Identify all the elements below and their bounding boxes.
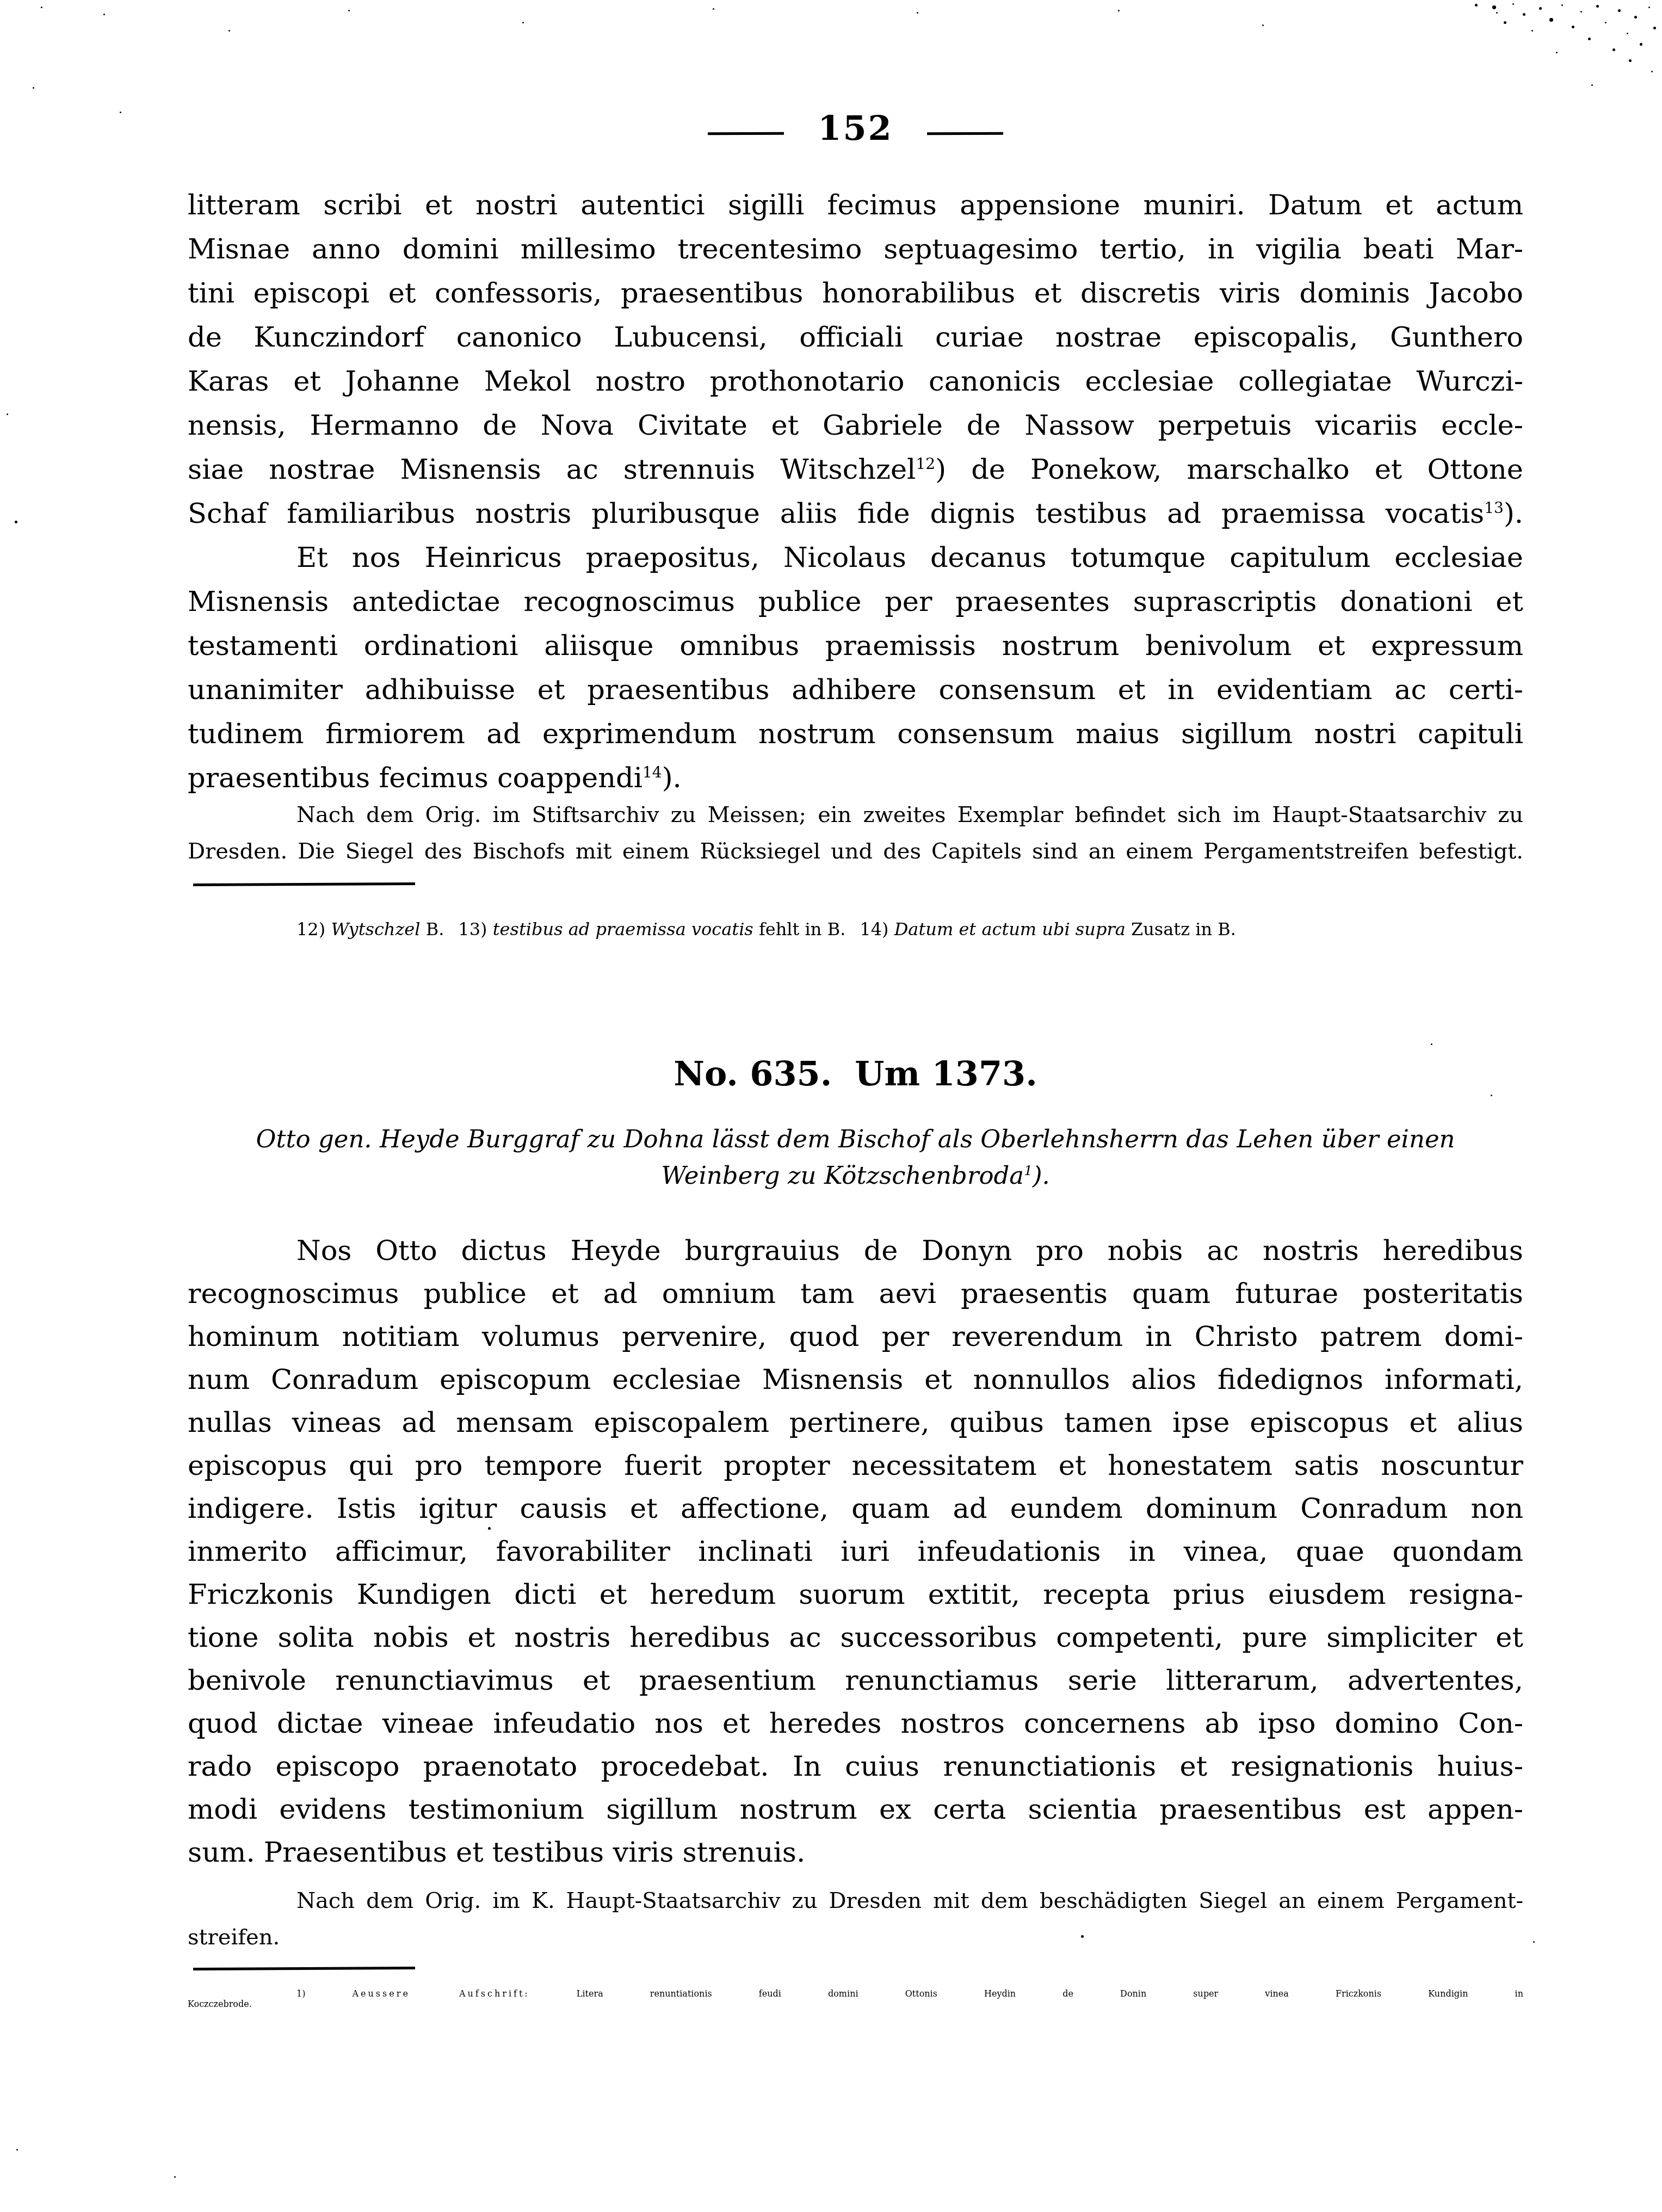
text-line: tini episcopi et confessoris, praesentib… (188, 271, 1523, 316)
text-line: unanimiter adhibuisse et praesentibus ad… (188, 668, 1523, 712)
footnote-separator-rule (193, 882, 415, 886)
doc1-paragraph-2: Et nos Heinricus praepositus, Nicolaus d… (188, 536, 1523, 800)
text-line: indigere. Istis igitur causis et affecti… (188, 1487, 1523, 1530)
text-line: modi evidens testimonium sigillum nostru… (188, 1788, 1523, 1831)
text-line: nensis, Hermanno de Nova Civitate et Gab… (188, 404, 1523, 448)
footnote-1-text: Litera renuntiationis feudi domini Otton… (530, 1988, 1523, 1999)
text-line: benivole renunctiavimus et praesentium r… (188, 1659, 1523, 1702)
source-note-line: Nach dem Orig. im K. Haupt-Staatsarchiv … (188, 1883, 1523, 1919)
summary-line: Otto gen. Heyde Burggraf zu Dohna lässt … (188, 1121, 1523, 1157)
doc2-date: Um 1373. (855, 1054, 1037, 1093)
footnote-12-marker: 12) (296, 919, 331, 940)
text-line: Friczkonis Kundigen dicti et heredum suo… (188, 1573, 1523, 1616)
page-header: 152 (188, 106, 1523, 150)
text-line: episcopus qui pro tempore fuerit propter… (188, 1444, 1523, 1487)
footnote-separator-rule (193, 1967, 415, 1970)
text-segment: praesentibus fecimus coappendi (188, 762, 642, 794)
text-line: tione solita nobis et nostris heredibus … (188, 1616, 1523, 1659)
text-line: Et nos Heinricus praepositus, Nicolaus d… (188, 536, 1523, 580)
source-note-line: Dresden. Die Siegel des Bischofs mit ein… (188, 833, 1523, 870)
text-line: nullas vineas ad mensam episcopalem pert… (188, 1401, 1523, 1444)
text-line: quod dictae vineae infeudatio nos et her… (188, 1702, 1523, 1745)
doc2-summary: Otto gen. Heyde Burggraf zu Dohna lässt … (188, 1121, 1523, 1194)
doc2-source-note: Nach dem Orig. im K. Haupt-Staatsarchiv … (188, 1883, 1523, 1956)
text-segment: ). (1504, 498, 1523, 530)
doc1-paragraph-1: litteram scribi et nostri autentici sigi… (188, 183, 1523, 536)
text-line: praesentibus fecimus coappendi14). (188, 756, 1523, 800)
footnote-marker-14: 14 (642, 763, 662, 781)
text-line: Schaf familiaribus nostris pluribusque a… (188, 492, 1523, 536)
doc2-heading: No. 635.Um 1373. (188, 1052, 1523, 1096)
header-rule-right (927, 132, 1003, 134)
text-segment: Weinberg zu Kötzschenbroda (661, 1161, 1024, 1190)
text-segment: ) de Ponekow, marschalko et Ottone (935, 454, 1523, 486)
doc1-source-note: Nach dem Orig. im Stiftsarchiv zu Meisse… (188, 797, 1523, 870)
text-line: num Conradum episcopum ecclesiae Misnens… (188, 1358, 1523, 1401)
footnote-1-marker: 1) (296, 1988, 353, 1999)
footnote-line: Koczczebrode. (188, 1999, 1523, 2009)
text-line: sum. Praesentibus et testibus viris stre… (188, 1831, 1523, 1874)
footnote-13-variant: testibus ad praemissa vocatis (493, 919, 753, 940)
text-line: hominum notitiam volumus pervenire, quod… (188, 1315, 1523, 1358)
text-line: de Kunczindorf canonico Lubucensi, offic… (188, 316, 1523, 360)
text-segment: ). (1033, 1161, 1050, 1190)
footnote-12-rest: B. (420, 919, 444, 940)
text-line: Misnensis antedictae recognoscimus publi… (188, 580, 1523, 624)
footnote-14-marker: 14) (860, 919, 894, 940)
doc2-number: No. 635. (674, 1054, 832, 1093)
text-line: Karas et Johanne Mekol nostro prothonota… (188, 360, 1523, 404)
footnote-marker-12: 12 (916, 455, 935, 473)
footnote-13-rest: fehlt in B. (753, 919, 846, 940)
text-line: siae nostrae Misnensis ac strennuis Wits… (188, 448, 1523, 492)
doc2-paragraph: Nos Otto dictus Heyde burgrauius de Dony… (188, 1229, 1523, 1874)
source-note-line: streifen. (188, 1919, 1523, 1956)
text-segment: ). (662, 762, 682, 794)
source-note-line: Nach dem Orig. im Stiftsarchiv zu Meisse… (188, 797, 1523, 833)
text-line: tudinem firmiorem ad exprimendum nostrum… (188, 712, 1523, 756)
footnote-marker-1: 1 (1024, 1163, 1033, 1178)
footnote-14-variant: Datum et actum ubi supra (894, 919, 1126, 940)
text-line: litteram scribi et nostri autentici sigi… (188, 183, 1523, 227)
scan-noise (0, 0, 2, 2)
header-rule-left (708, 132, 784, 134)
doc1-footnotes-line: 12) Wytschzel B.13) testibus ad praemiss… (188, 914, 1523, 944)
footnote-1-label: Aeussere Aufschrift: (353, 1988, 530, 1999)
text-line: testamenti ordinationi aliisque omnibus … (188, 624, 1523, 668)
text-line: Misnae anno domini millesimo trecentesim… (188, 227, 1523, 271)
text-segment: siae nostrae Misnensis ac strennuis Wits… (188, 454, 916, 486)
summary-line: Weinberg zu Kötzschenbroda1). (188, 1157, 1523, 1194)
text-line: inmerito afficimur, favorabiliter inclin… (188, 1530, 1523, 1573)
footnote-14-rest: Zusatz in B. (1126, 919, 1236, 940)
page-number: 152 (818, 108, 893, 148)
doc2-footnote-1: 1) Aeussere Aufschrift: Litera renuntiat… (188, 1988, 1523, 2009)
footnote-12-variant: Wytschzel (331, 919, 420, 940)
text-line: Nos Otto dictus Heyde burgrauius de Dony… (188, 1229, 1523, 1272)
text-line: recognoscimus publice et ad omnium tam a… (188, 1272, 1523, 1315)
footnote-13-marker: 13) (458, 919, 492, 940)
footnote-marker-13: 13 (1484, 499, 1504, 517)
footnote-line: 1) Aeussere Aufschrift: Litera renuntiat… (188, 1988, 1523, 1999)
text-segment: Schaf familiaribus nostris pluribusque a… (188, 498, 1484, 530)
text-line: rado episcopo praenotato procedebat. In … (188, 1745, 1523, 1788)
page: 152 litteram scribi et nostri autentici … (0, 0, 1523, 2009)
